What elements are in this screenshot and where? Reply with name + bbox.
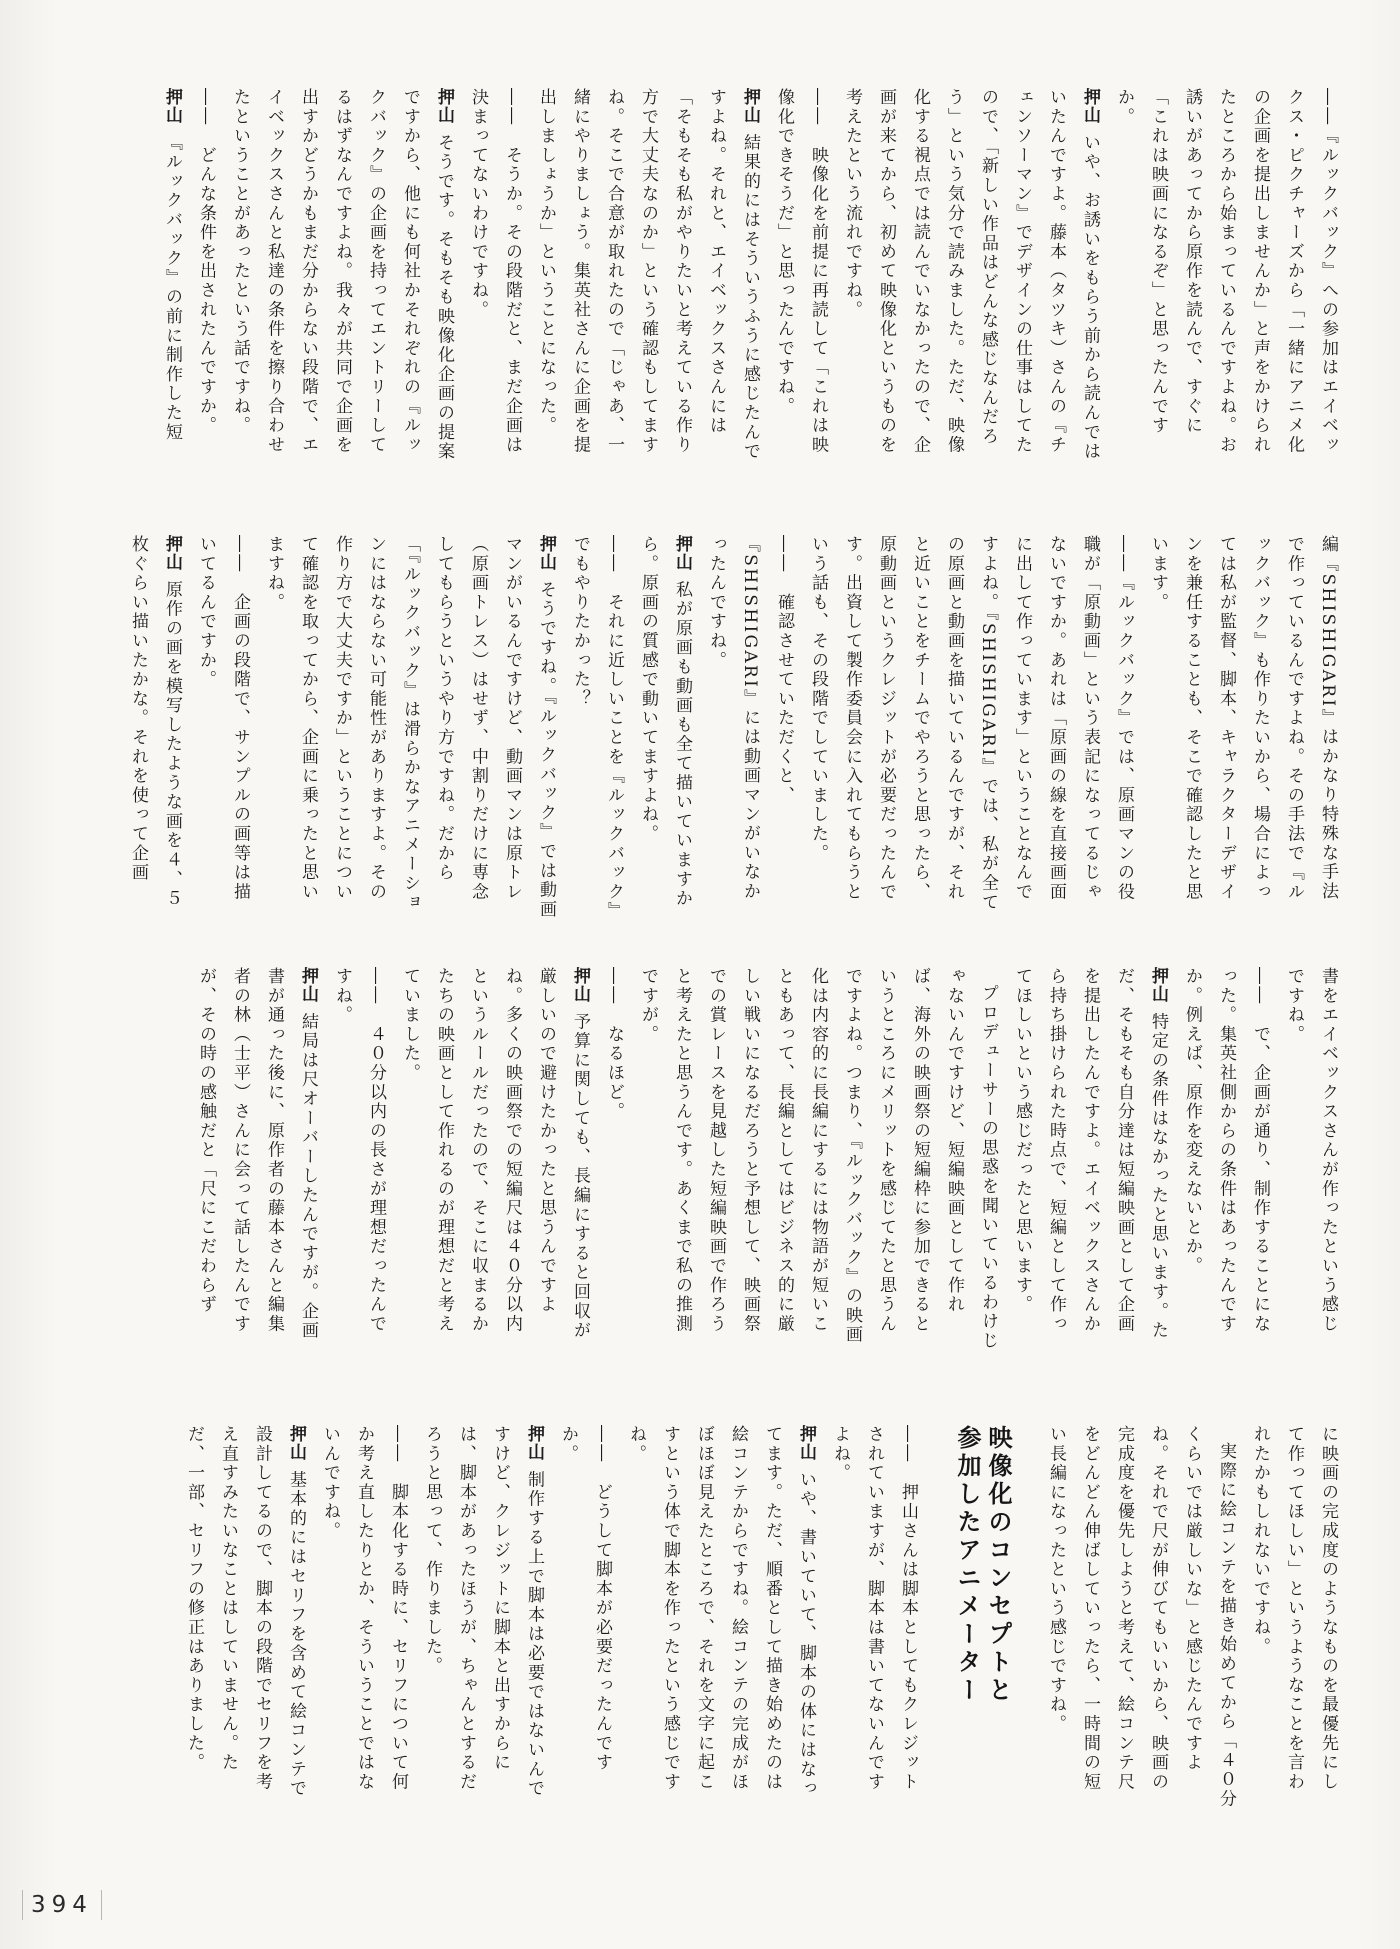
interviewer-question: ―― それに近しいことを『ルックバック』でもやりたかった？ [563,535,631,920]
interviewer-question: ――『ルックバック』への参加はエイベックス・ピクチャーズから「一緒にアニメ化の企… [1107,88,1345,473]
interviewer-question: ―― そうか。その段階だと、まだ企画は決まってないわけですね。 [461,88,529,473]
speaker-label: 押山 [162,535,182,571]
speaker-label: 押山 [524,1425,544,1461]
speaker-label: 押山 [434,88,454,124]
speaker-label: 押山 [672,535,692,571]
speaker-label: 押山 [1080,88,1100,124]
oshiyama-answer: 押山そうです。そもそも映像化企画の提案ですから、他にも何社かそれぞれの『ルックバ… [223,88,461,473]
oshiyama-answer: 押山私が原画も動画も全て描いていますから。原画の質感で動いてますよね。 [631,535,699,920]
speaker-label: 押山 [570,967,590,1003]
book-page: ――『ルックバック』への参加はエイベックス・ピクチャーズから「一緒にアニメ化の企… [0,0,1400,1949]
interviewer-question: ―― 押山さんは脚本としてもクレジットされていますが、脚本は書いてないんですよね… [823,1425,925,1810]
interviewer-question: ――『ルックバック』では、原画マンの役職が「原動画」という表記になってるじゃない… [801,535,1141,920]
interview-band-2: 編『SHISHIGARI』はかなり特殊な手法で作っているんですよね。その手法で『… [145,535,1345,920]
page-number-block: 394 [22,1890,102,1920]
speaker-label: 押山 [298,967,318,1003]
paragraph: 実際に絵コンテを描き始めてから「４０分くらいでは厳しいな」と感じたんですよね。そ… [1039,1425,1243,1810]
interview-band-4: に映画の完成度のようなものを最優先にして作ってほしい」というようなことを言われた… [145,1425,1345,1810]
interview-band-1: ――『ルックバック』への参加はエイベックス・ピクチャーズから「一緒にアニメ化の企… [145,88,1345,473]
oshiyama-answer: 押山特定の条件はなかったと思います。ただ、そもそも自分達は短編映画として企画を提… [1005,967,1175,1352]
oshiyama-answer: 押山そうですね。『ルックバック』では動画マンがいるんですけど、動画マンは原トレ（… [257,535,563,920]
speaker-label: 押山 [740,88,760,124]
interview-band-3: 書をエイベックスさんが作ったという感じですね。―― で、企画が通り、制作すること… [145,967,1345,1352]
interviewer-question: ―― なるほど。 [597,967,631,1352]
folio-bar-right [101,1890,102,1920]
speaker-label: 押山 [796,1425,816,1461]
oshiyama-answer: 押山原作の画を模写したような画を４、５枚ぐらい描いたかな。それを使って企画 [121,535,189,920]
interviewer-question: ―― 企画の段階で、サンプルの画等は描いてるんですか。 [189,535,257,920]
paragraph: プロデューサーの思惑を聞いているわけじゃないんですけど、短編映画として作れば、海… [631,967,1005,1352]
oshiyama-answer: 押山予算に関しても、長編にすると回収が厳しいので避けたかったと思うんですよね。多… [393,967,597,1352]
speaker-label: 押山 [162,88,182,124]
section-heading: 映像化のコンセプトと 参加したアニメーター [951,1425,1013,1810]
oshiyama-answer: 押山『ルックバック』の前に制作した短 [155,88,189,473]
paragraph: 書をエイベックスさんが作ったという感じですね。 [1277,967,1345,1352]
oshiyama-answer: 押山基本的にはセリフを含めて絵コンテで設計してるので、脚本の段階でセリフを考え直… [177,1425,313,1810]
oshiyama-answer: 押山結果的にはそういうふうに感じたんですよね。それと、エイベックスさんには「そも… [529,88,767,473]
oshiyama-answer: 押山結局は尺オーバーしたんですが。企画書が通った後に、原作者の藤本さんと編集者の… [189,967,325,1352]
interviewer-question: ―― で、企画が通り、制作することになった。集英社側からの条件はあったんですか。… [1175,967,1277,1352]
interviewer-question: ―― どんな条件を出されたんですか。 [189,88,223,473]
oshiyama-answer: 押山いや、書いていて、脚本の体にはなってます。ただ、順番として描き始めたのは絵コ… [619,1425,823,1810]
paragraph: 編『SHISHIGARI』はかなり特殊な手法で作っているんですよね。その手法で『… [1141,535,1345,920]
speaker-label: 押山 [286,1425,306,1461]
interviewer-question: ―― 脚本化する時に、セリフについて何か考え直したりとか、そういうことではないん… [313,1425,415,1810]
interviewer-question: ―― 確認させていただくと、『SHISHIGARI』には動画マンがいなかったんで… [699,535,801,920]
page-number: 394 [31,1892,93,1918]
oshiyama-answer: 押山いや、お誘いをもらう前から読んではいたんですよ。藤本（タツキ）さんの『チェン… [835,88,1107,473]
speaker-label: 押山 [1148,967,1168,1003]
speaker-label: 押山 [536,535,556,571]
interviewer-question: ―― ４０分以内の長さが理想だったんですね。 [325,967,393,1352]
interviewer-question: ―― 映像化を前提に再読して「これは映像化できそうだ」と思ったんですね。 [767,88,835,473]
oshiyama-answer: 押山制作する上で脚本は必要ではないんですけど、クレジットに脚本と出すからには、脚… [415,1425,551,1810]
paragraph: に映画の完成度のようなものを最優先にして作ってほしい」というようなことを言われた… [1243,1425,1345,1810]
folio-bar-left [22,1890,23,1920]
interviewer-question: ―― どうして脚本が必要だったんですか。 [551,1425,619,1810]
